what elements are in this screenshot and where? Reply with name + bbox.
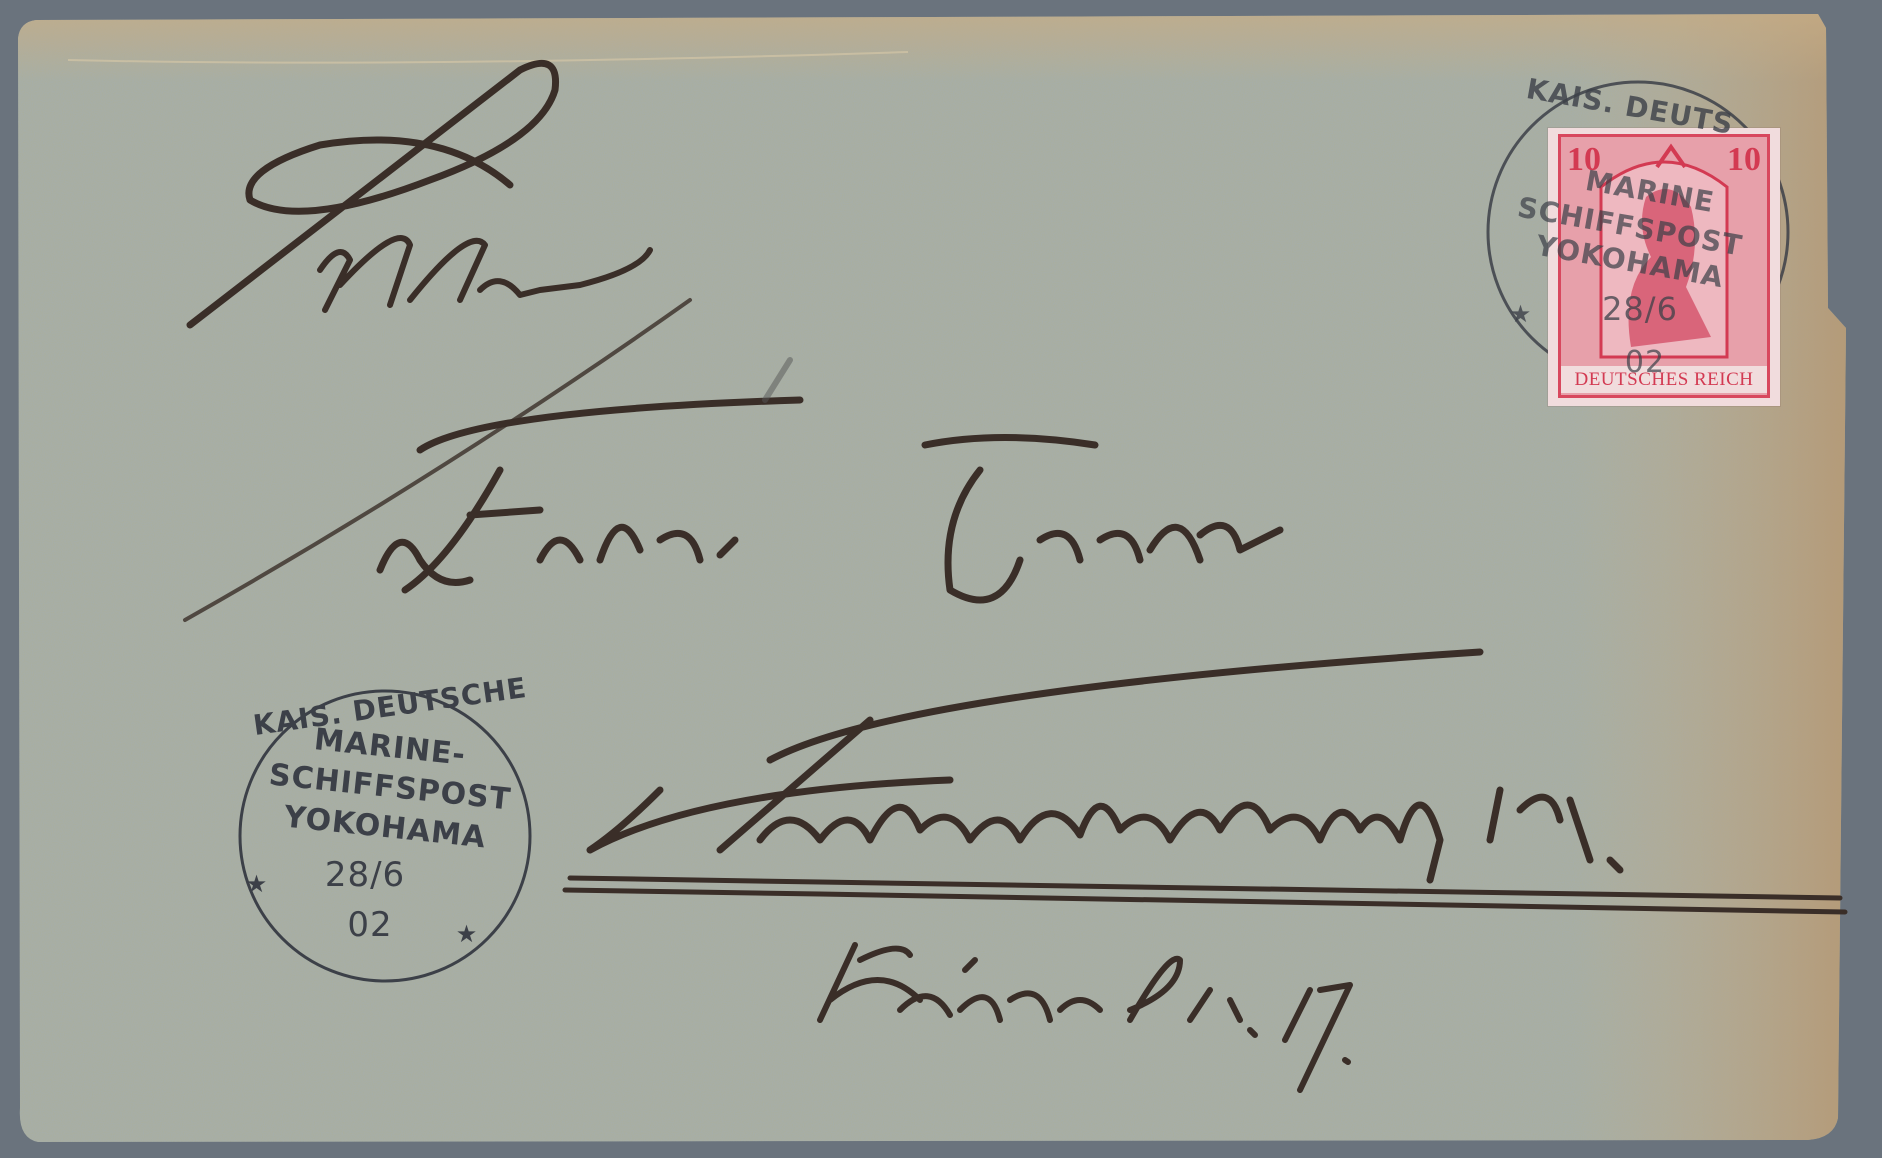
postmark-stamp-year: 02	[1610, 345, 1680, 380]
postmark-stamp-date: 28/6	[1580, 290, 1700, 328]
stamp-value-right: 10	[1727, 141, 1761, 179]
postmark-main-year: 02	[330, 905, 410, 945]
postmark-main-date: 28/6	[300, 855, 430, 895]
postmark-star-icon: ★	[1506, 300, 1536, 328]
postmark-star-icon: ★	[452, 920, 482, 948]
postmark-star-icon: ★	[242, 870, 272, 898]
